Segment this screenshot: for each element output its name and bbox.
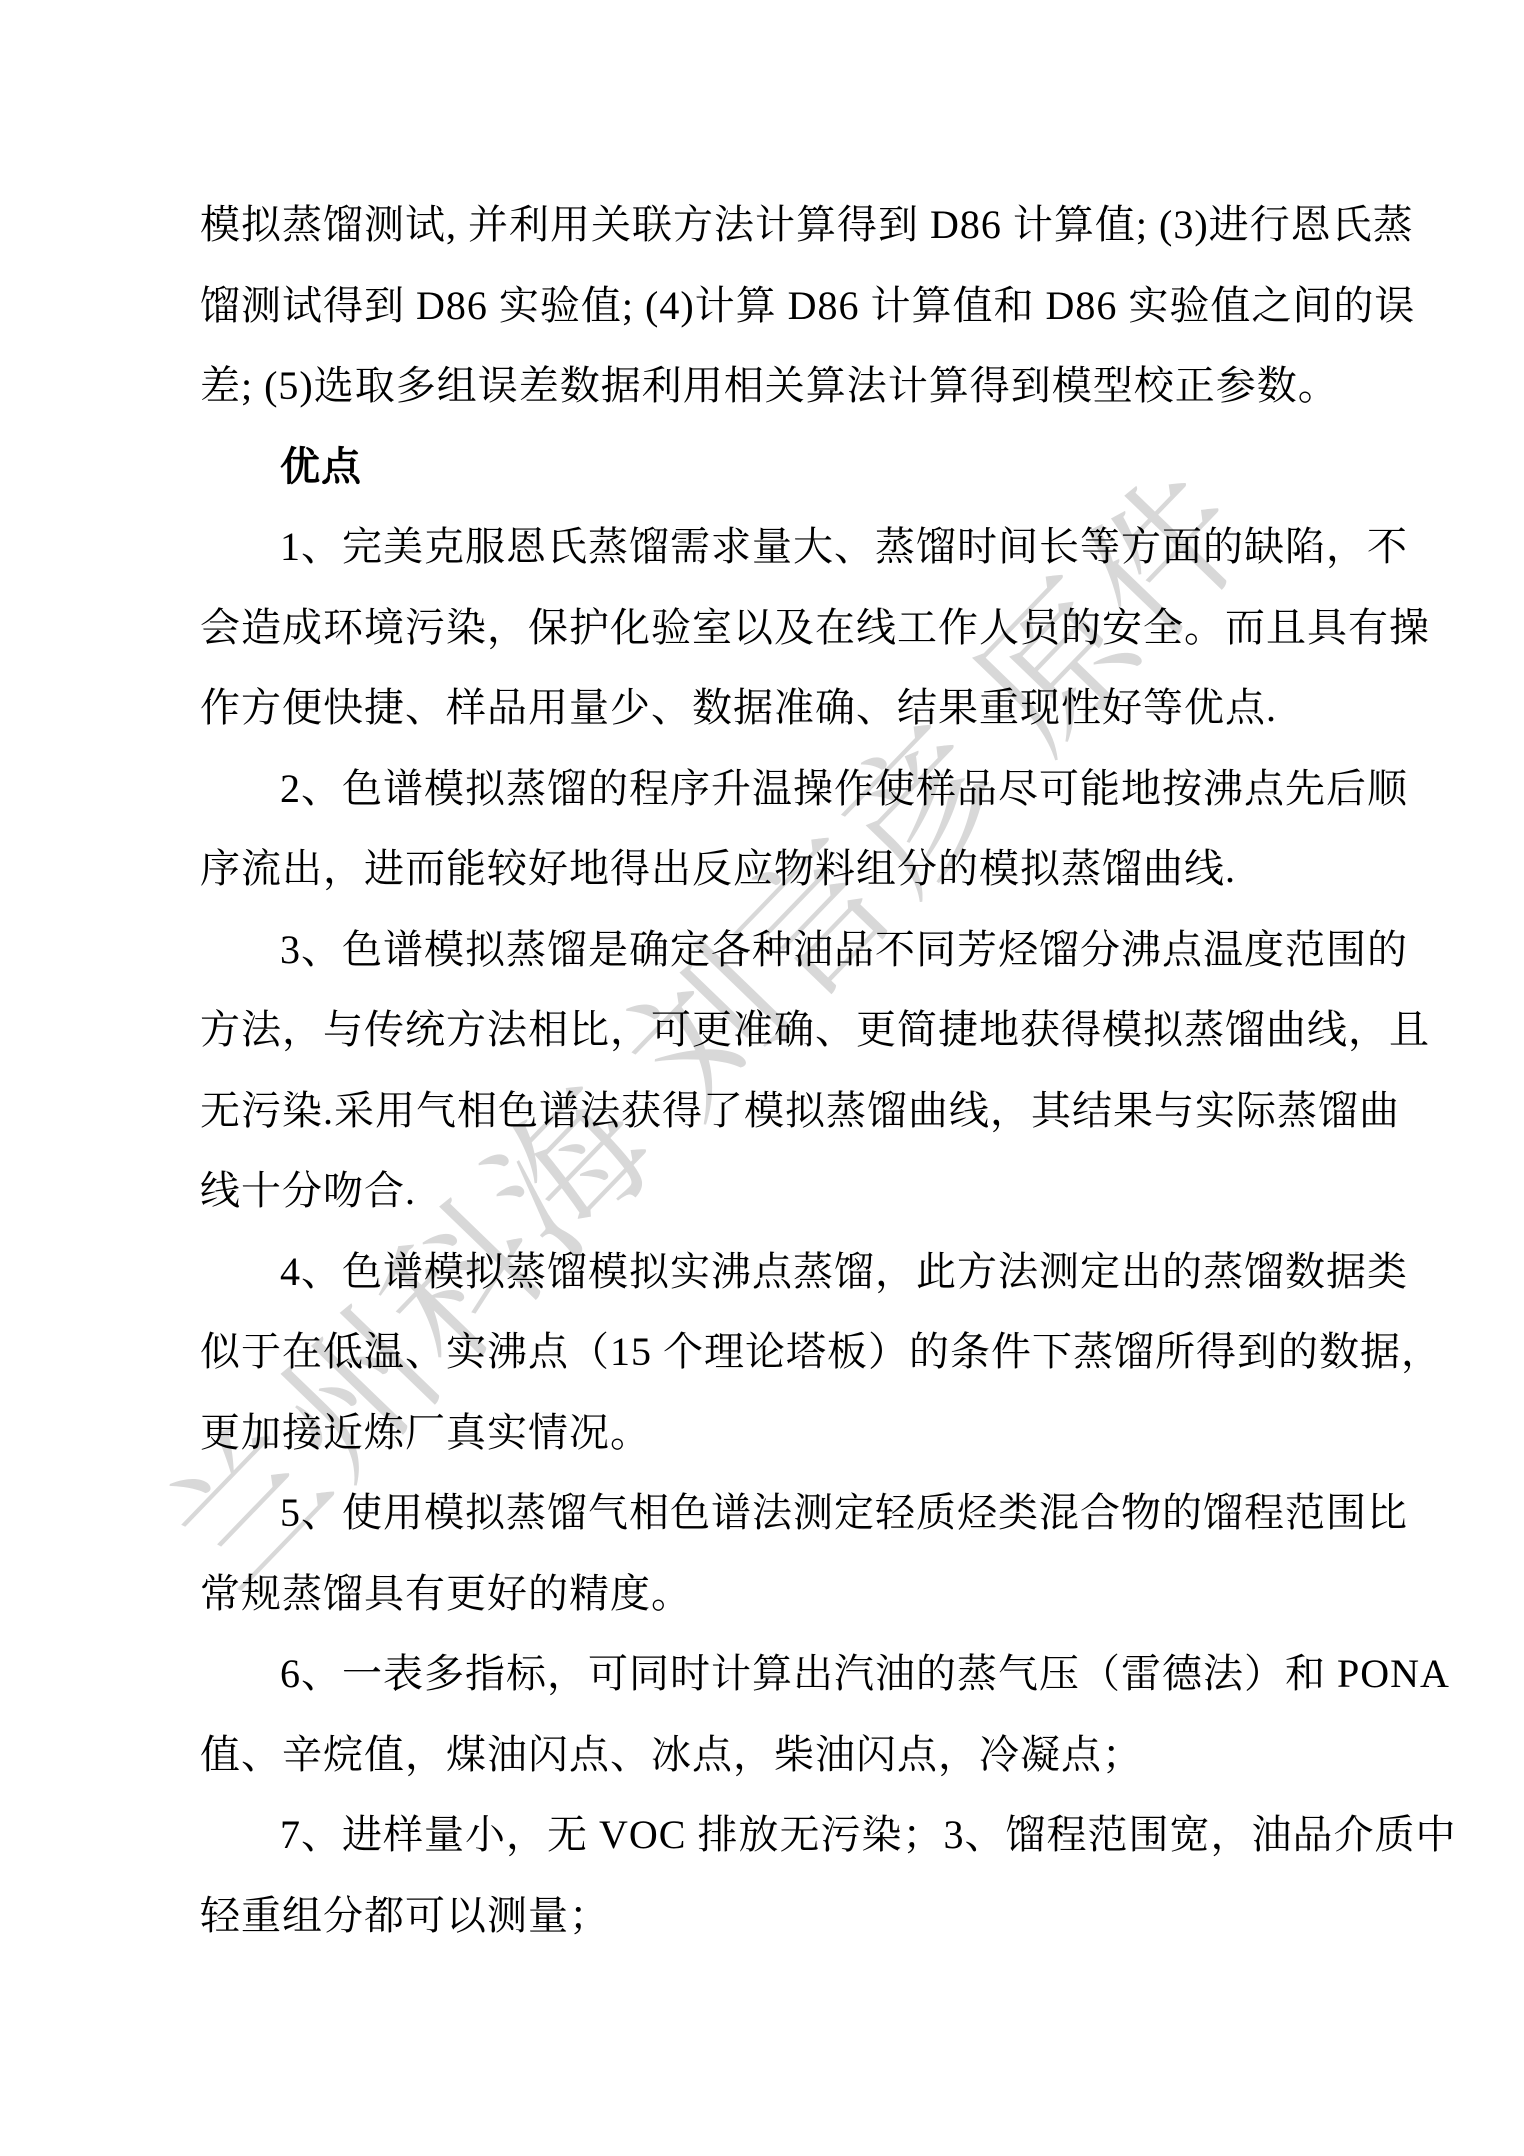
paragraph-advantage-3: 3、色谱模拟蒸馏是确定各种油品不同芳烃馏分沸点温度范围的方法，与传统方法相比，可… xyxy=(200,910,1290,1232)
text-line: 馏测试得到 D86 实验值; (4)计算 D86 计算值和 D86 实验值之间的… xyxy=(200,266,1290,347)
paragraph-procedure-continuation: 模拟蒸馏测试, 并利用关联方法计算得到 D86 计算值; (3)进行恩氏蒸馏测试… xyxy=(200,185,1290,427)
text-line: 2、色谱模拟蒸馏的程序升温操作使样品尽可能地按沸点先后顺 xyxy=(200,749,1290,830)
text-line: 4、色谱模拟蒸馏模拟实沸点蒸馏，此方法测定出的蒸馏数据类 xyxy=(200,1232,1290,1313)
text-line: 优点 xyxy=(200,427,1290,508)
paragraph-advantage-6: 6、一表多指标，可同时计算出汽油的蒸气压（雷德法）和 PONA值、辛烷值，煤油闪… xyxy=(200,1634,1290,1795)
text-line: 似于在低温、实沸点（15 个理论塔板）的条件下蒸馏所得到的数据， xyxy=(200,1312,1290,1393)
text-line: 无污染.采用气相色谱法获得了模拟蒸馏曲线，其结果与实际蒸馏曲 xyxy=(200,1071,1290,1152)
text-line: 更加接近炼厂真实情况。 xyxy=(200,1393,1290,1474)
text-line: 6、一表多指标，可同时计算出汽油的蒸气压（雷德法）和 PONA xyxy=(200,1634,1290,1715)
text-line: 3、色谱模拟蒸馏是确定各种油品不同芳烃馏分沸点温度范围的 xyxy=(200,910,1290,991)
text-line: 作方便快捷、样品用量少、数据准确、结果重现性好等优点. xyxy=(200,668,1290,749)
document-content: 模拟蒸馏测试, 并利用关联方法计算得到 D86 计算值; (3)进行恩氏蒸馏测试… xyxy=(200,185,1290,1956)
text-line: 1、完美克服恩氏蒸馏需求量大、蒸馏时间长等方面的缺陷，不 xyxy=(200,507,1290,588)
text-line: 方法，与传统方法相比，可更准确、更简捷地获得模拟蒸馏曲线，且 xyxy=(200,990,1290,1071)
paragraph-advantage-2: 2、色谱模拟蒸馏的程序升温操作使样品尽可能地按沸点先后顺序流出，进而能较好地得出… xyxy=(200,749,1290,910)
text-line: 5、使用模拟蒸馏气相色谱法测定轻质烃类混合物的馏程范围比 xyxy=(200,1473,1290,1554)
text-line: 线十分吻合. xyxy=(200,1151,1290,1232)
text-line: 轻重组分都可以测量； xyxy=(200,1876,1290,1957)
text-line: 模拟蒸馏测试, 并利用关联方法计算得到 D86 计算值; (3)进行恩氏蒸 xyxy=(200,185,1290,266)
paragraph-advantage-1: 1、完美克服恩氏蒸馏需求量大、蒸馏时间长等方面的缺陷，不会造成环境污染，保护化验… xyxy=(200,507,1290,749)
text-line: 序流出，进而能较好地得出反应物料组分的模拟蒸馏曲线. xyxy=(200,829,1290,910)
heading-advantages: 优点 xyxy=(200,427,1290,508)
text-line: 差; (5)选取多组误差数据利用相关算法计算得到模型校正参数。 xyxy=(200,346,1290,427)
text-line: 会造成环境污染，保护化验室以及在线工作人员的安全。而且具有操 xyxy=(200,588,1290,669)
paragraph-advantage-4: 4、色谱模拟蒸馏模拟实沸点蒸馏，此方法测定出的蒸馏数据类似于在低温、实沸点（15… xyxy=(200,1232,1290,1474)
paragraph-advantage-5: 5、使用模拟蒸馏气相色谱法测定轻质烃类混合物的馏程范围比常规蒸馏具有更好的精度。 xyxy=(200,1473,1290,1634)
document-page: 兰州科海 刘言彦 原件 模拟蒸馏测试, 并利用关联方法计算得到 D86 计算值;… xyxy=(0,0,1524,2156)
paragraph-advantage-7: 7、进样量小，无 VOC 排放无污染；3、馏程范围宽，油品介质中轻重组分都可以测… xyxy=(200,1795,1290,1956)
text-line: 常规蒸馏具有更好的精度。 xyxy=(200,1554,1290,1635)
text-line: 7、进样量小，无 VOC 排放无污染；3、馏程范围宽，油品介质中 xyxy=(200,1795,1290,1876)
text-line: 值、辛烷值，煤油闪点、冰点，柴油闪点，冷凝点； xyxy=(200,1715,1290,1796)
